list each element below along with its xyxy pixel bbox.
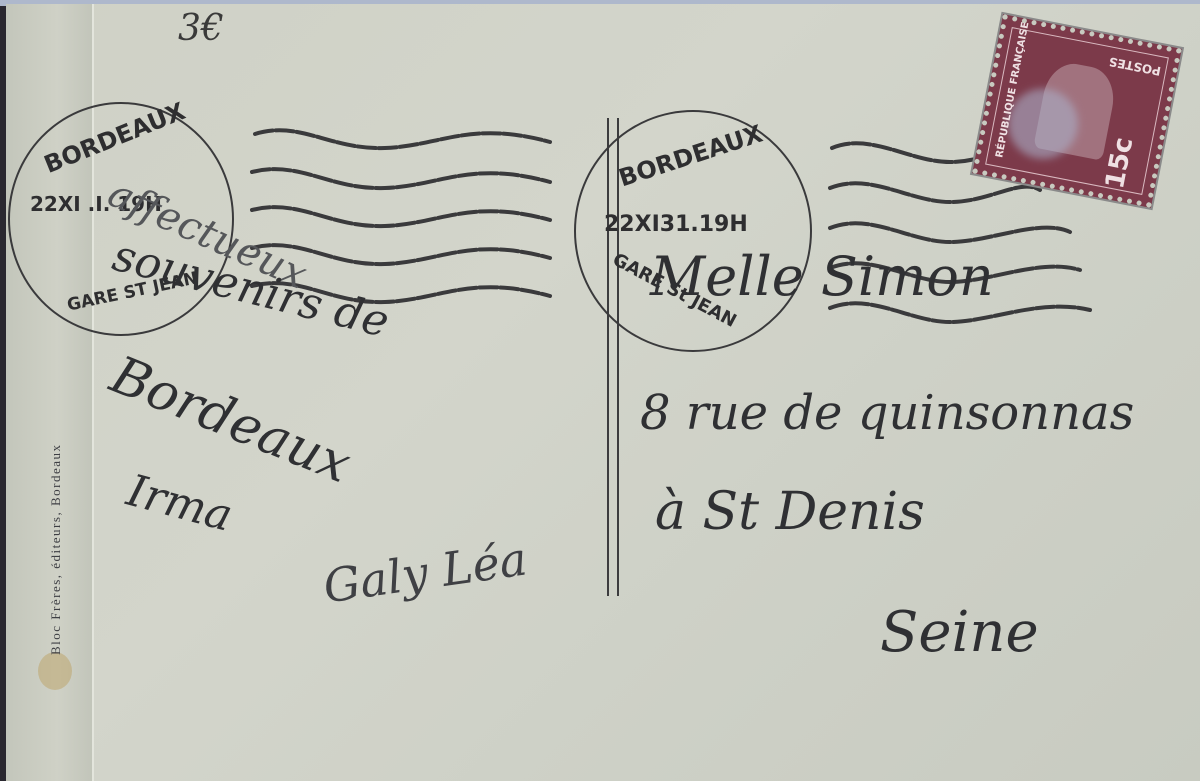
address-line: Melle Simon	[650, 245, 994, 308]
postmark-date: 22XI31.19H	[604, 212, 748, 237]
address-line: Seine	[880, 600, 1039, 665]
address-line: à St Denis	[655, 482, 925, 542]
postmark-center: BORDEAUX 22XI31.19H GARE St JEAN	[574, 110, 812, 352]
postage-stamp: RÉPUBLIQUE FRANÇAISE POSTES 15c	[972, 14, 1182, 208]
address-line: 8 rue de quinsonnas	[640, 385, 1134, 441]
postmark-city: BORDEAUX	[615, 120, 766, 193]
